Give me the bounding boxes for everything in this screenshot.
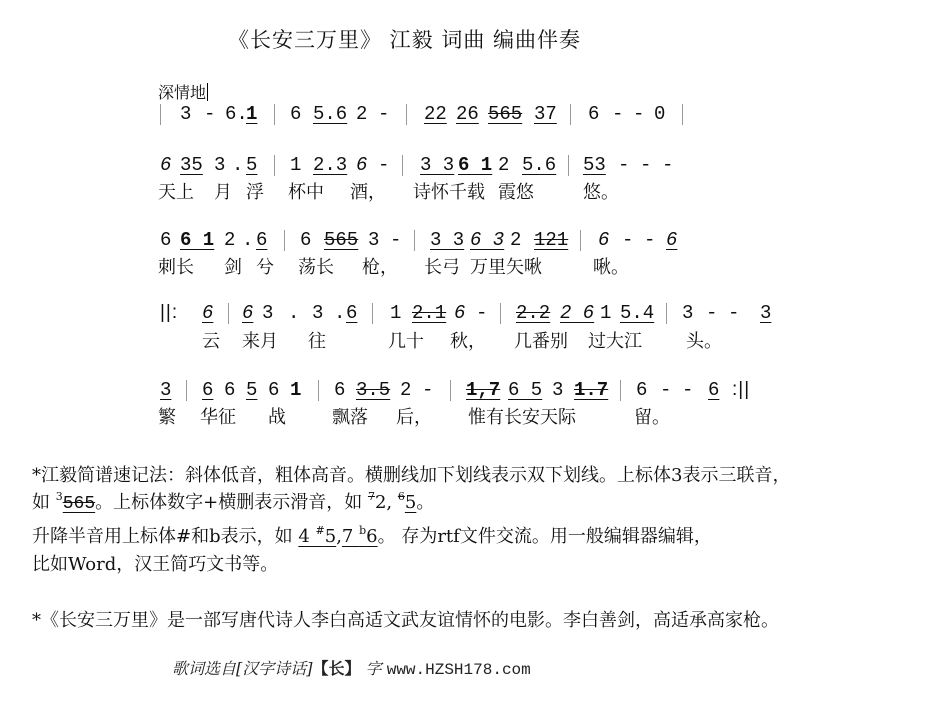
notation-legend-line-4: 比如Word，汉王简巧文书等。 [32,550,278,576]
barline [450,380,451,401]
lyric: 华征 [200,403,236,429]
dot: . [242,229,253,251]
dash: - [706,302,717,324]
tempo-text: 深情地 [158,83,206,102]
barline [568,155,569,176]
dash: - [633,103,644,125]
barline [402,155,403,176]
note-group: 2.3 [313,154,347,176]
legend-text: 。 存为rtf文件交流。用一般编辑器编辑， [378,526,712,547]
note-high: 1 [246,103,257,125]
dash: - [204,103,215,125]
note-group: 565 [324,229,358,251]
barline [274,155,275,176]
note-group: 37 [534,103,557,125]
lyric: 万里矢啾 [470,253,542,279]
note-group: 565 [488,103,522,125]
note-group: 2.1 [412,302,446,324]
barline [274,104,275,125]
lyric: 过大江 [588,327,642,353]
legend-text: 。上标体数字+横删表示滑音，如 [95,492,368,513]
lyric: 霞悠 [498,178,534,204]
note: 4 [298,526,315,547]
dot: . [288,302,299,324]
note: 6 [588,103,599,125]
barline [318,380,319,401]
note: 6 [300,229,311,251]
accidental-example-sharp: 4 #5 [298,526,336,547]
barline [406,104,407,125]
note: 6 [160,229,171,251]
note: 6 [290,103,301,125]
notation-legend-line-1: *江毅简谱速记法：斜体低音，粗体高音。横删线加下划线表示双下划线。上标体3表示三… [32,461,790,487]
dash: - [378,103,389,125]
repeat-start-sign: ||: [160,302,178,324]
legend-text: 。 [416,492,434,513]
note: 6 [256,229,267,251]
notation-legend-line-3: 升降半音用上标体#和b表示，如 4 #5,7 b6。 存为rtf文件交流。用一般… [32,522,712,548]
note: 3 [682,302,693,324]
note-group: 1.7 [574,379,608,401]
lyric: 飘落 [332,403,368,429]
lyric: 留。 [634,403,670,429]
repeat-end-sign: :|| [732,379,750,401]
barline [160,104,161,125]
note-group: 3.5 [356,379,390,401]
dash: - [660,379,671,401]
dash: - [390,229,401,251]
dot: . [334,302,345,324]
glide-example: 2, [375,492,392,513]
note: 2 [356,103,367,125]
lyric: 刺长 [158,253,194,279]
note: 6 [334,379,345,401]
note: 2 [400,379,411,401]
note: 6 [224,379,235,401]
barline [666,303,667,324]
legend-text: 如 [32,492,56,513]
text-cursor [207,83,208,101]
note-group: 6 1 [180,229,214,251]
source-prefix: 歌词选自[汉字诗话] [172,659,313,678]
note-low: 6 [242,302,253,324]
barline [620,380,621,401]
dash: - [662,154,673,176]
lyric: 几番别 [514,327,568,353]
note: 7 [342,526,359,547]
lyric: 浮 [246,178,264,204]
dash: - [622,229,633,251]
note: 1 [600,302,611,324]
note-group: 5.6 [313,103,347,125]
note: 3 [262,302,273,324]
lyric: 荡长 [298,253,334,279]
note: 3 [552,379,563,401]
lyric: 后， [396,403,432,429]
note-low: 6 [666,229,677,251]
note-group: 1,7 [466,379,500,401]
dash: - [422,379,433,401]
note-high: 1 [290,379,301,401]
note-group: 22 [424,103,447,125]
dash: - [612,103,623,125]
lyric: 秋， [450,327,486,353]
lyric: 云 [202,327,220,353]
lyric: 酒， [350,178,386,204]
note: 3 [312,302,323,324]
lyric: 兮 [256,253,274,279]
notation-legend-line-2: 如 3565。上标体数字+横删表示滑音，如 72, 65。 [32,488,434,514]
note: 1 [390,302,401,324]
note-low: 6 [202,302,213,324]
note-group: 3 3 [430,229,464,251]
barline [570,104,571,125]
lyric: 月 [214,178,232,204]
lyric: 惟有长安天际 [468,403,576,429]
source-credit: 歌词选自[汉字诗话]【长】 字 www.HZSH178.com [172,656,531,679]
lyric: 繁 [158,403,176,429]
barline [414,230,415,251]
note-group: 6 1 [458,154,492,176]
note: 6 [202,379,213,401]
note-group: 5.6 [522,154,556,176]
note-group: 6 5 [508,379,542,401]
barline [228,303,229,324]
glide-mark: 7 [368,490,375,503]
glide-mark: 6 [398,490,405,503]
note: 6 [268,379,279,401]
note-group: 53 [583,154,606,176]
dash: - [618,154,629,176]
lyric: 往 [308,327,326,353]
note-low: 6 [160,154,171,176]
website-link[interactable]: www.HZSH178.com [387,661,531,679]
note-group: 5.4 [620,302,654,324]
legend-text: 升降半音用上标体#和b表示，如 [32,526,298,547]
dash: - [728,302,739,324]
lyric: 战 [268,403,286,429]
note: 3 [160,379,171,401]
note: 5 [246,154,257,176]
note: 3 [368,229,379,251]
lyric: 剑 [224,253,242,279]
barline [580,230,581,251]
dash: - [682,379,693,401]
note-low: 6 [356,154,367,176]
tempo-marking[interactable]: 深情地 [158,80,208,103]
note-group: 3 3 [420,154,454,176]
note: 6 [366,526,377,547]
note-group: 2 6 [560,302,594,324]
triplet-mark: 3 [56,490,63,503]
note-group: 35 [180,154,203,176]
rest: 0 [654,103,665,125]
note: 6 [346,302,357,324]
note-group: 121 [534,229,568,251]
note: 2 [224,229,235,251]
dash: - [378,154,389,176]
note: 3 [180,103,191,125]
note: 1 [290,154,301,176]
accidental-example-flat: 7 b6 [342,526,378,547]
lyric: 枪， [362,253,398,279]
lyric: 啾。 [593,253,629,279]
lyric: 诗怀千载 [413,178,485,204]
note: 3 [214,154,225,176]
note: 6. [225,103,248,125]
note-group: 2.2 [516,302,550,324]
char-label: 字 [366,659,382,678]
note: 5 [325,526,336,547]
dot: . [232,154,243,176]
note-group: 6 3 [470,229,504,251]
glide-example: 5 [405,492,416,513]
note: 3 [760,302,771,324]
barline [284,230,285,251]
lyric: 头。 [686,327,722,353]
sharp-sign: # [316,524,325,537]
triplet-example: 565 [63,494,95,514]
lyric: 来月 [242,327,278,353]
lyric: 长弓 [424,253,460,279]
note: 6 [708,379,719,401]
bracket-char: 【长】 [313,659,361,678]
note-group: 26 [456,103,479,125]
note: 2 [498,154,509,176]
lyric: 几十 [388,327,424,353]
film-note: *《长安三万里》是一部写唐代诗人李白高适文武友谊情怀的电影。李白善剑，高适承高家… [32,606,779,632]
barline [500,303,501,324]
note: 2 [510,229,521,251]
lyric: 悠。 [583,178,619,204]
note-low: 6 [454,302,465,324]
barline [682,104,683,125]
barline [372,303,373,324]
dash: - [644,229,655,251]
barline [186,380,187,401]
lyric: 天上 [158,178,194,204]
note: 6 [636,379,647,401]
lyric: 杯中 [288,178,324,204]
dash: - [640,154,651,176]
note: 5 [246,379,257,401]
dash: - [476,302,487,324]
note-low: 6 [598,229,609,251]
song-title: 《长安三万里》 江毅 词曲 编曲伴奏 [228,24,581,54]
